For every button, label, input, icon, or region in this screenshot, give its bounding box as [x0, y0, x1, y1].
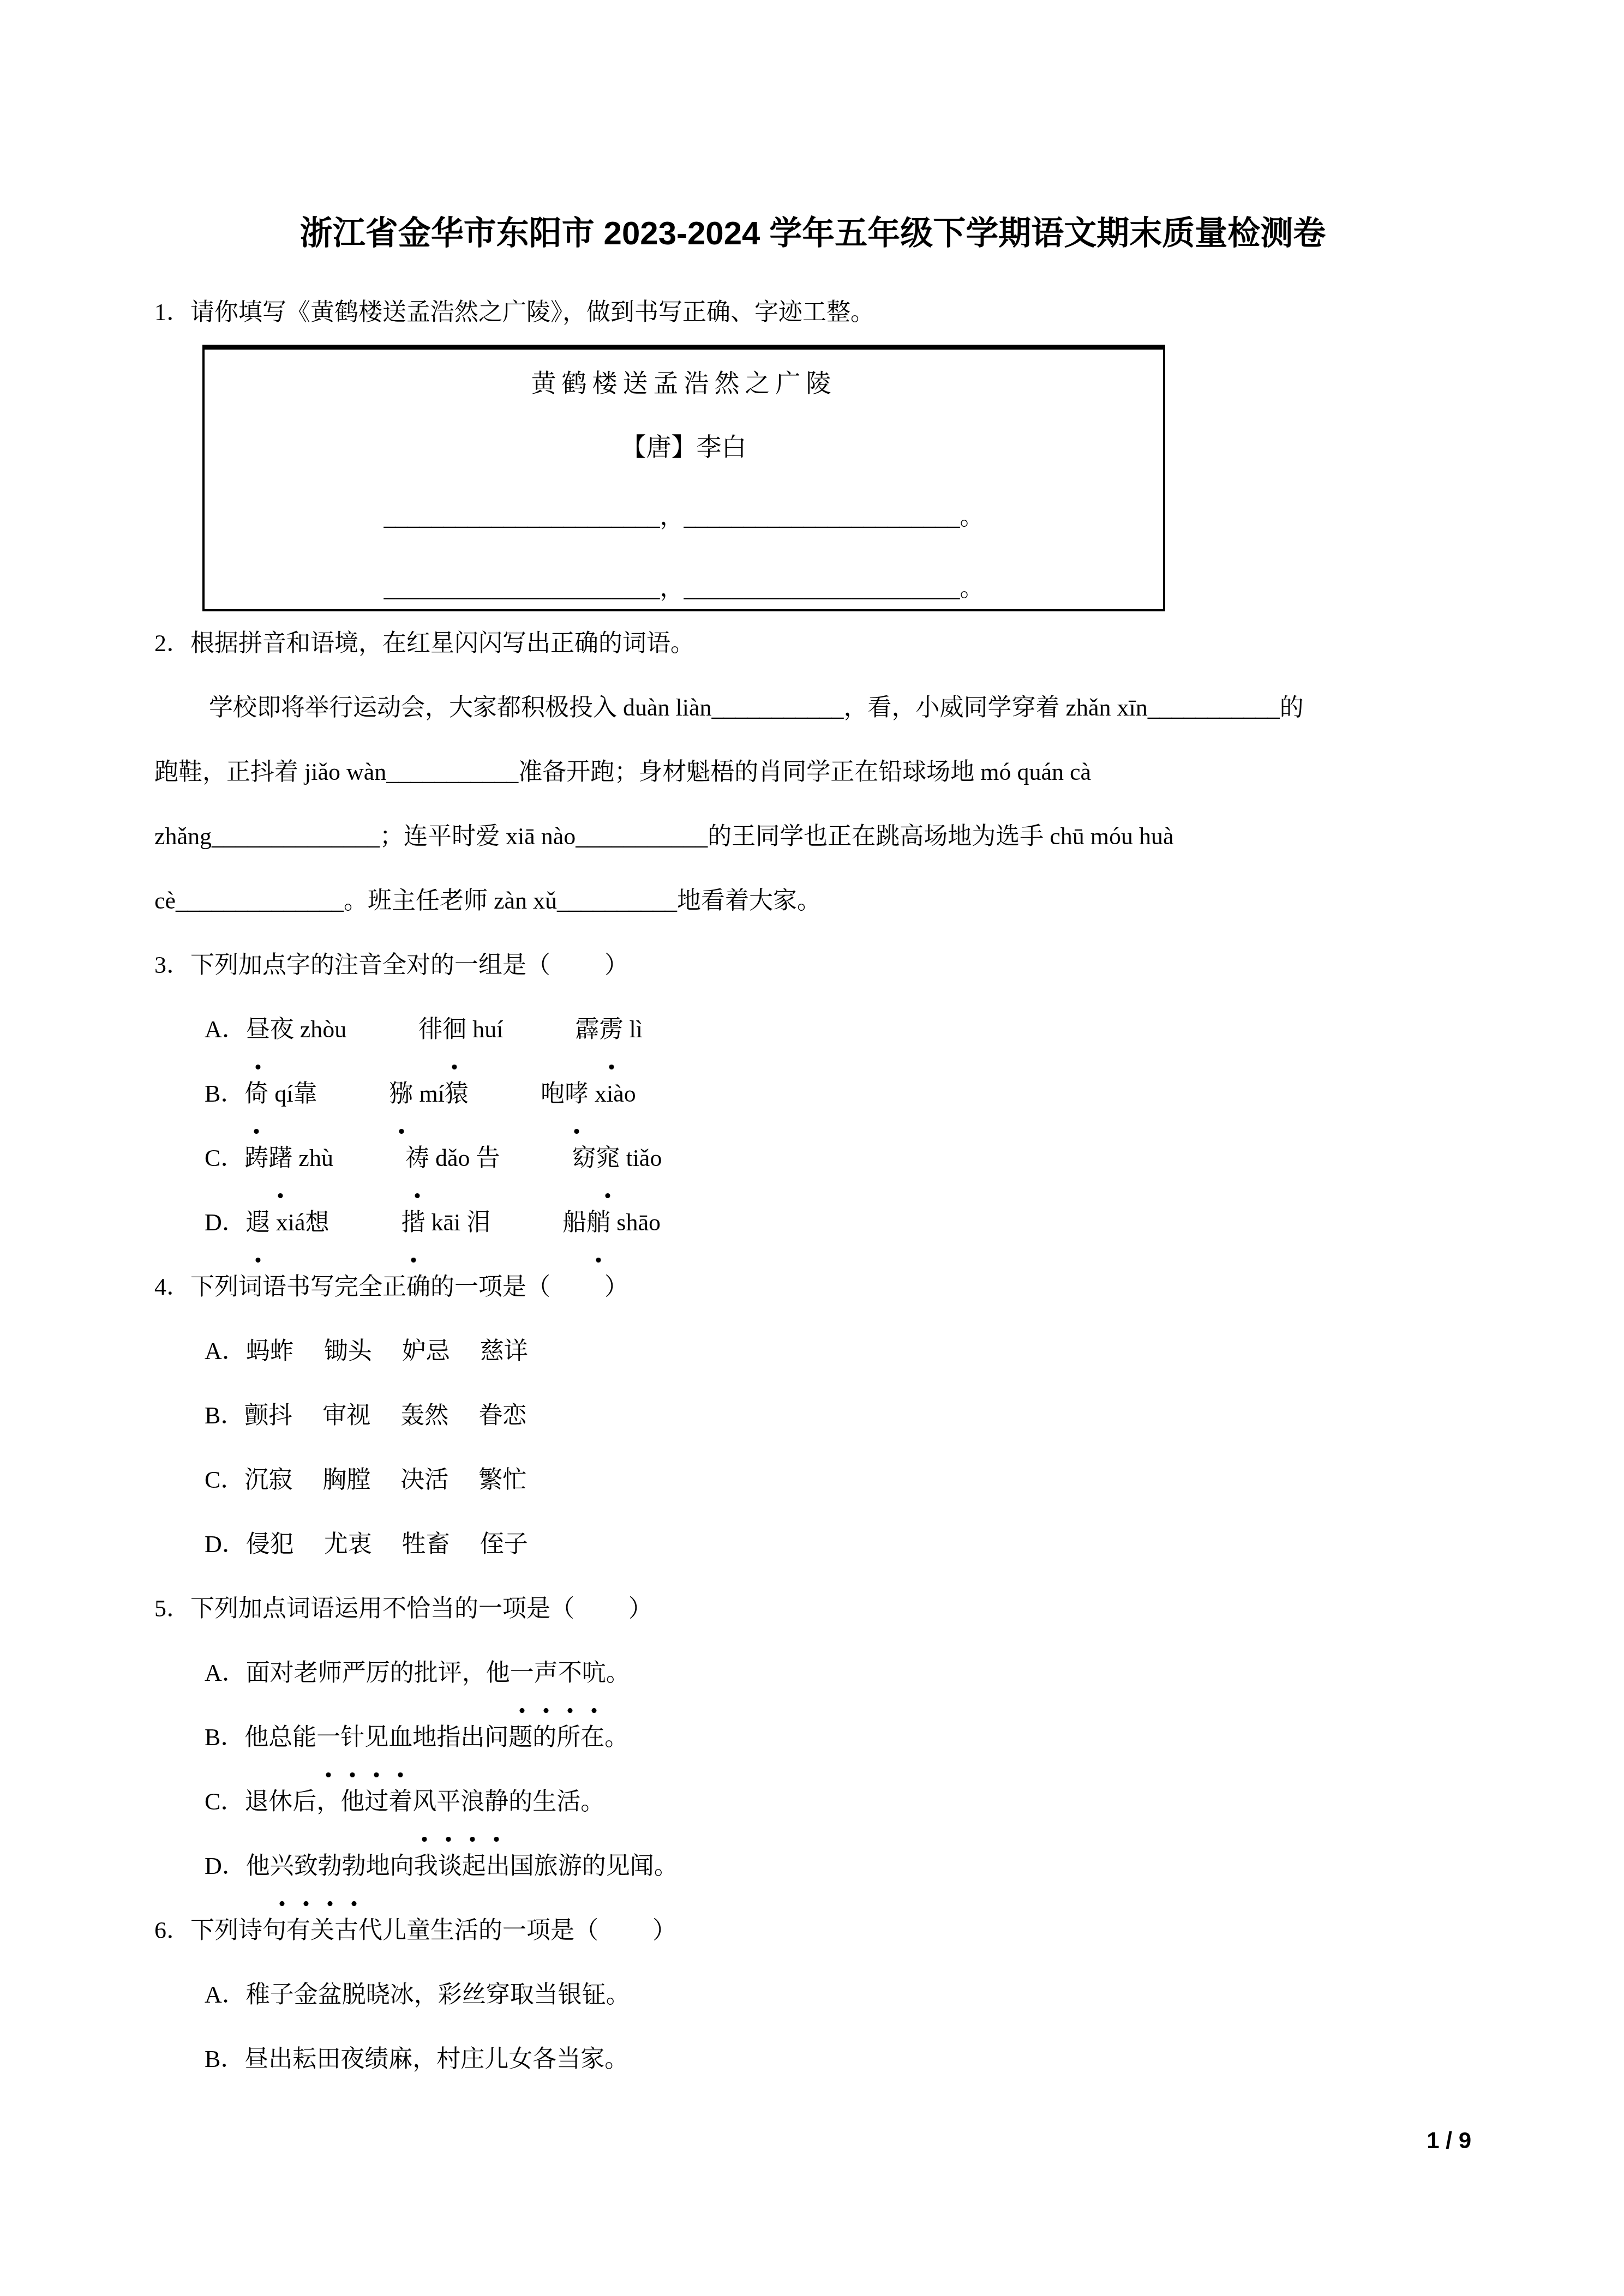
q2-paragraph-line-2: 跑鞋，正抖着 jiǎo wàn___________准备开跑；身材魁梧的肖同学正…: [154, 740, 1471, 804]
question-5-stem: 5．下列加点词语运用不恰当的一项是（ ）: [154, 1577, 1471, 1641]
q2-paragraph-line-4: cè______________。班主任老师 zàn xǔ__________地…: [154, 869, 1471, 933]
question-1-stem: 1．请你填写《黄鹤楼送孟浩然之广陵》，做到书写正确、字迹工整。: [154, 280, 1471, 345]
q3-option-a: A．昼夜 zhòu 徘徊 huí 霹雳 lì: [154, 997, 1471, 1062]
q3-option-c: C．踌躇 zhù 祷 dǎo 告 窈窕 tiǎo: [154, 1126, 1471, 1191]
q4-option-c: C．沉寂 胸膛 决活 繁忙: [154, 1448, 1471, 1512]
q3-option-b: B．倚 qí靠 猕 mí猿 咆哮 xiào: [154, 1062, 1471, 1126]
q6-option-b: B．昼出耘田夜绩麻，村庄儿女各当家。: [154, 2027, 1471, 2091]
q5-option-a: A．面对老师严厉的批评，他一声不吭。: [154, 1641, 1471, 1705]
page-number: 1 / 9: [154, 2119, 1471, 2162]
q5-option-c: C．退休后，他过着风平浪静的生活。: [154, 1770, 1471, 1834]
q4-option-d: D．侵犯 尤衷 牲畜 侄子: [154, 1512, 1471, 1577]
exam-page: 浙江省金华市东阳市 2023-2024 学年五年级下学期语文期末质量检测卷 1．…: [0, 0, 1624, 2296]
q5-option-b: B．他总能一针见血地指出问题的所在。: [154, 1705, 1471, 1770]
q4-option-a: A．蚂蚱 锄头 妒忌 慈详: [154, 1319, 1471, 1384]
question-6-stem: 6．下列诗句有关古代儿童生活的一项是（ ）: [154, 1898, 1471, 1963]
question-4-stem: 4．下列词语书写完全正确的一项是（ ）: [154, 1255, 1471, 1319]
poem-author: 【唐】李白: [205, 414, 1163, 480]
q4-option-b: B．颤抖 审视 轰然 眷恋: [154, 1384, 1471, 1448]
poem-box: 黄鹤楼送孟浩然之广陵 【唐】李白 _______________________…: [202, 345, 1165, 611]
q2-paragraph-line-3: zhǎng______________；连平时爱 xiā nào________…: [154, 804, 1471, 869]
q3-option-d: D．遐 xiá想 揩 kāi 泪 船艄 shāo: [154, 1191, 1471, 1255]
poem-title: 黄鹤楼送孟浩然之广陵: [205, 353, 1163, 414]
title-spacer: [154, 266, 1471, 280]
q6-option-a: A．稚子金盆脱晓冰，彩丝穿取当银钲。: [154, 1963, 1471, 2027]
q2-paragraph-line-1: 学校即将举行运动会，大家都积极投入 duàn liàn___________，看…: [154, 676, 1471, 740]
q5-option-d: D．他兴致勃勃地向我谈起出国旅游的见闻。: [154, 1834, 1471, 1898]
poem-blank-line-1: _______________________，________________…: [205, 480, 1163, 554]
page-title: 浙江省金华市东阳市 2023-2024 学年五年级下学期语文期末质量检测卷: [154, 201, 1471, 266]
question-3-stem: 3．下列加点字的注音全对的一组是（ ）: [154, 933, 1471, 997]
